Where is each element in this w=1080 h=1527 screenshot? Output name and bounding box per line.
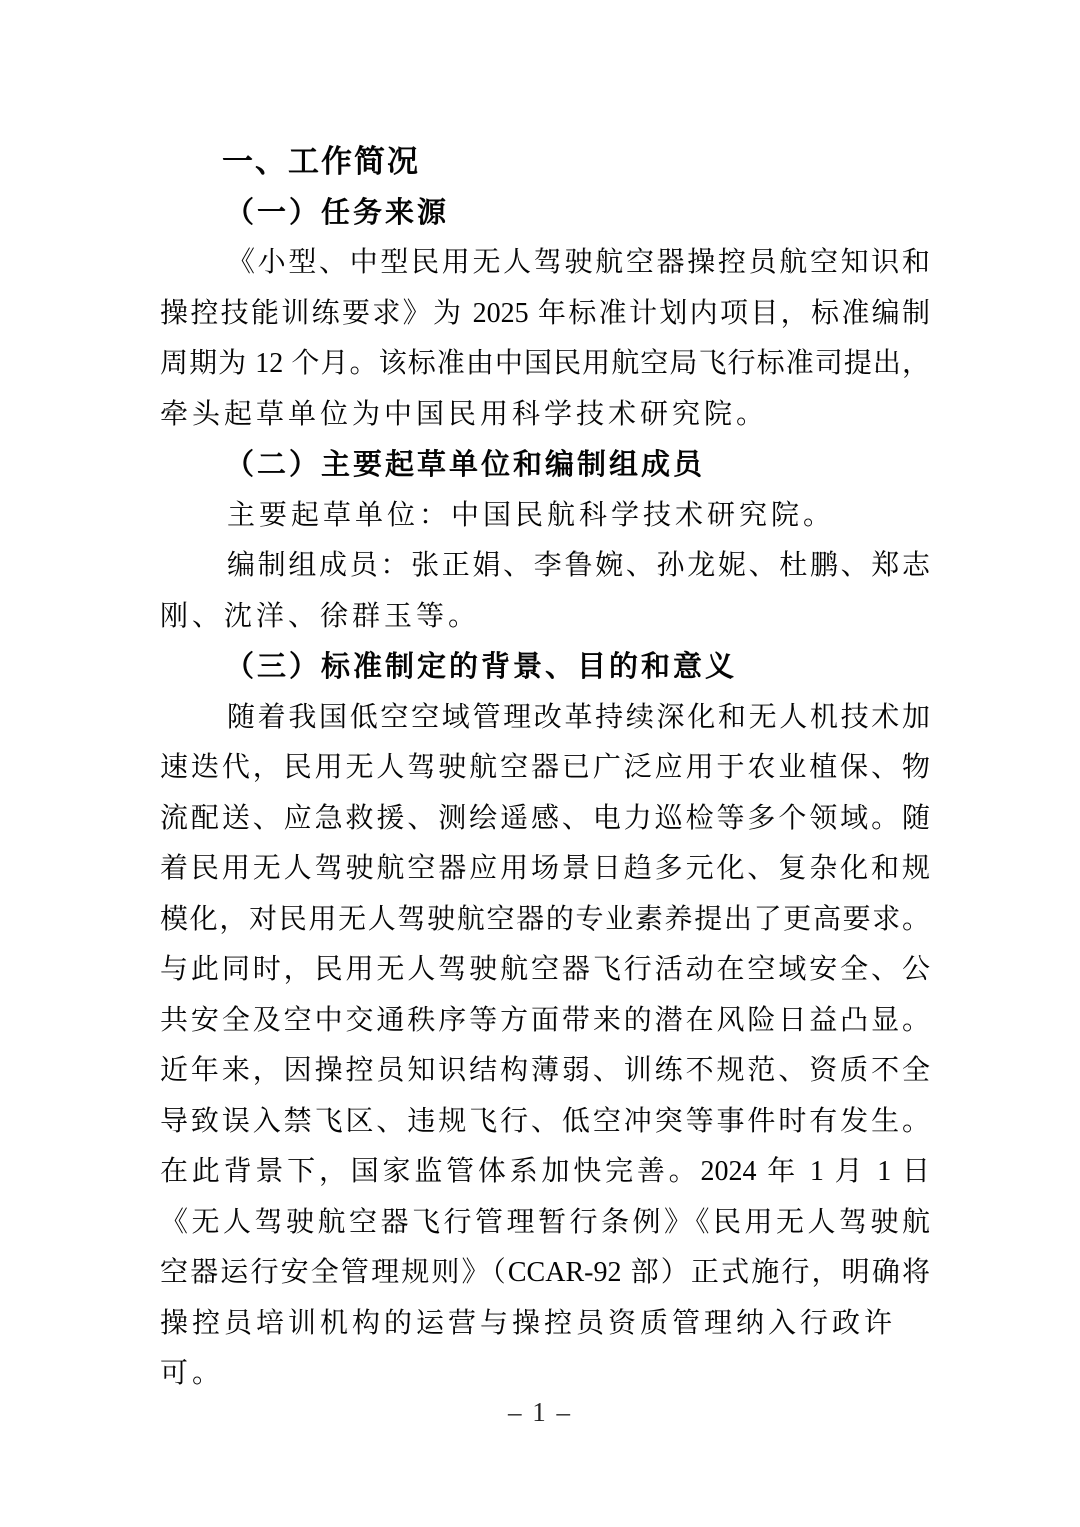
subsection-heading-line: （一）任务来源 <box>160 188 930 239</box>
paragraph-line: 导致误入禁飞区、违规飞行、低空冲突等事件时有发生。 <box>160 1097 930 1148</box>
paragraph-line: 周期为 12 个月。该标准由中国民用航空局飞行标准司提出， <box>160 339 930 390</box>
section-heading-block: 一、工作简况 <box>160 137 930 188</box>
paragraph-line: 共安全及空中交通秩序等方面带来的潜在风险日益凸显。 <box>160 996 930 1047</box>
paragraph-line: 牵头起草单位为中国民用科学技术研究院。 <box>160 390 930 441</box>
paragraph-line: 近年来，因操控员知识结构薄弱、训练不规范、资质不全 <box>160 1046 930 1097</box>
subsection-heading-3-block: （三）标准制定的背景、目的和意义 <box>160 642 930 693</box>
paragraph-members-block: 编制组成员：张正娟、李鲁婉、孙龙妮、杜鹏、郑志刚、沈洋、徐群玉等。 <box>160 541 930 642</box>
section-heading-line: 一、工作简况 <box>160 137 930 188</box>
paragraph-task-source-block: 《小型、中型民用无人驾驶航空器操控员航空知识和操控技能训练要求》为 2025 年… <box>160 238 930 440</box>
document-body: 一、工作简况（一）任务来源《小型、中型民用无人驾驶航空器操控员航空知识和操控技能… <box>160 137 930 1400</box>
paragraph-drafting-unit-block: 主要起草单位：中国民航科学技术研究院。 <box>160 491 930 542</box>
paragraph-line: 操控技能训练要求》为 2025 年标准计划内项目，标准编制 <box>160 289 930 340</box>
paragraph-line: 编制组成员：张正娟、李鲁婉、孙龙妮、杜鹏、郑志 <box>160 541 930 592</box>
paragraph-line: 操控员培训机构的运营与操控员资质管理纳入行政许可。 <box>160 1299 930 1400</box>
paragraph-line: 在此背景下，国家监管体系加快完善。2024 年 1 月 1 日 <box>160 1147 930 1198</box>
paragraph-line: 随着我国低空空域管理改革持续深化和无人机技术加 <box>160 693 930 744</box>
paragraph-line: 着民用无人驾驶航空器应用场景日趋多元化、复杂化和规 <box>160 844 930 895</box>
paragraph-line: 主要起草单位：中国民航科学技术研究院。 <box>160 491 930 542</box>
paragraph-background-block: 随着我国低空空域管理改革持续深化和无人机技术加速迭代，民用无人驾驶航空器已广泛应… <box>160 693 930 1400</box>
page-number: – 1 – <box>0 1392 1080 1432</box>
paragraph-line: 速迭代，民用无人驾驶航空器已广泛应用于农业植保、物 <box>160 743 930 794</box>
subsection-heading-line: （二）主要起草单位和编制组成员 <box>160 440 930 491</box>
subsection-heading-line: （三）标准制定的背景、目的和意义 <box>160 642 930 693</box>
paragraph-line: 《无人驾驶航空器飞行管理暂行条例》《民用无人驾驶航 <box>160 1198 930 1249</box>
paragraph-line: 模化，对民用无人驾驶航空器的专业素养提出了更高要求。 <box>160 895 930 946</box>
paragraph-line: 空器运行安全管理规则》（CCAR-92 部）正式施行，明确将 <box>160 1248 930 1299</box>
paragraph-line: 与此同时，民用无人驾驶航空器飞行活动在空域安全、公 <box>160 945 930 996</box>
paragraph-line: 流配送、应急救援、测绘遥感、电力巡检等多个领域。随 <box>160 794 930 845</box>
subsection-heading-2-block: （二）主要起草单位和编制组成员 <box>160 440 930 491</box>
paragraph-line: 《小型、中型民用无人驾驶航空器操控员航空知识和 <box>160 238 930 289</box>
subsection-heading-1-block: （一）任务来源 <box>160 188 930 239</box>
paragraph-line: 刚、沈洋、徐群玉等。 <box>160 592 930 643</box>
document-page: 一、工作简况（一）任务来源《小型、中型民用无人驾驶航空器操控员航空知识和操控技能… <box>0 0 1080 1527</box>
